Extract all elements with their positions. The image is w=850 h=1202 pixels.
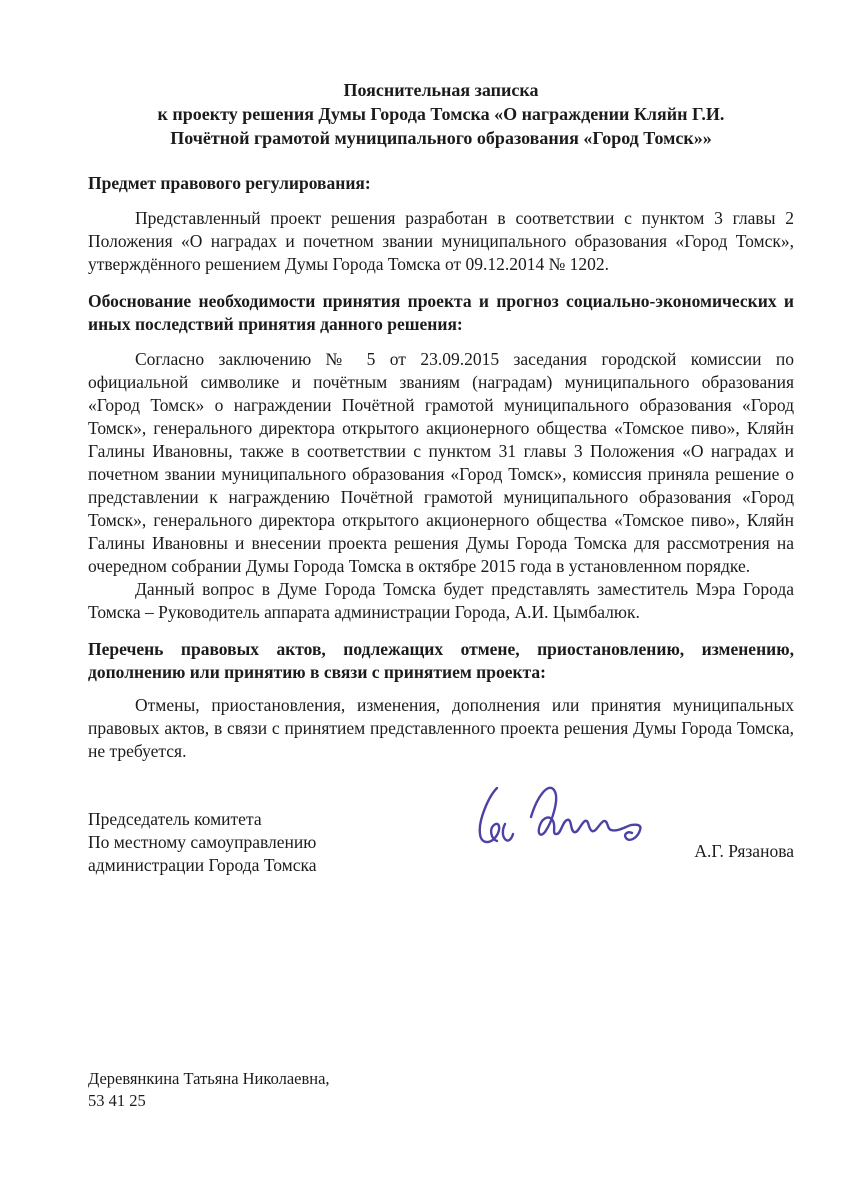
section-heading-acts-list: Перечень правовых актов, подлежащих отме… — [88, 638, 794, 684]
signatory-position-line-3: администрации Города Томска — [88, 854, 316, 877]
executor-name: Деревянкина Татьяна Николаевна, — [88, 1068, 330, 1090]
paragraph-justification-1: Согласно заключению № 5 от 23.09.2015 за… — [88, 348, 794, 578]
title-line-1: Пояснительная записка — [88, 78, 794, 102]
signatory-position-line-2: По местному самоуправлению — [88, 831, 316, 854]
document-page: Пояснительная записка к проекту решения … — [0, 0, 850, 1202]
section-heading-justification: Обоснование необходимости принятия проек… — [88, 290, 794, 336]
title-line-2: к проекту решения Думы Города Томска «О … — [88, 102, 794, 126]
title-line-3: Почётной грамотой муниципального образов… — [88, 126, 794, 150]
signature-block: Председатель комитета По местному самоуп… — [88, 808, 794, 877]
section-heading-subject: Предмет правового регулирования: — [88, 172, 794, 195]
signatory-name: А.Г. Рязанова — [694, 840, 794, 863]
paragraph-justification-2: Данный вопрос в Думе Города Томска будет… — [88, 578, 794, 624]
signatory-position: Председатель комитета По местному самоуп… — [88, 808, 316, 877]
document-title: Пояснительная записка к проекту решения … — [88, 78, 794, 150]
paragraph-subject: Представленный проект решения разработан… — [88, 207, 794, 276]
paragraph-acts-list: Отмены, приостановления, изменения, допо… — [88, 694, 794, 763]
signatory-position-line-1: Председатель комитета — [88, 808, 316, 831]
executor-contact: Деревянкина Татьяна Николаевна, 53 41 25 — [88, 1068, 330, 1112]
executor-phone: 53 41 25 — [88, 1090, 330, 1112]
